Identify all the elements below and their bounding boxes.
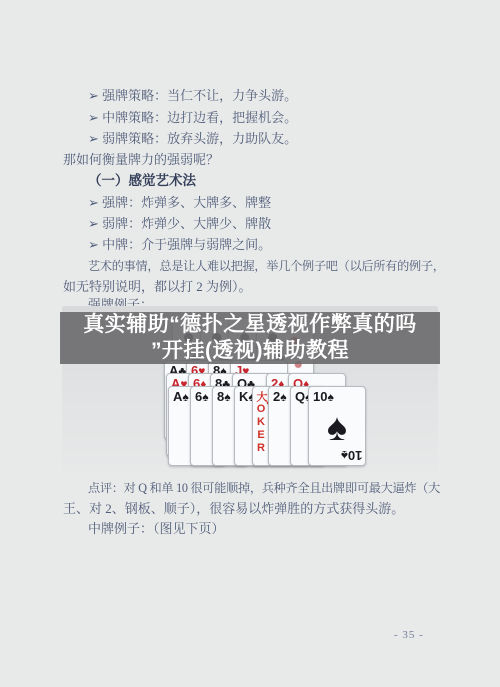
strategy-line-strong: ➢ 强牌策略：当仁不让，力争头游。 <box>88 88 297 104</box>
next-example-line: 中牌例子：（图见下页） <box>88 521 225 537</box>
spade-pip-icon: ♠ <box>309 407 365 450</box>
paragraph-line-2: 如无特别说明，都以打 2 为例）。 <box>63 279 252 295</box>
paragraph-line-1: 艺术的事情，总是让人难以把握，举几个例子吧（以后所有的例子， <box>88 258 445 274</box>
rotated-corner-label: 10♠ <box>341 448 362 463</box>
comment-line-2: 王、对 2、钢板、顺子），很容易以炸弹胜的方式获得头游。 <box>63 501 404 517</box>
question-line: 那如何衡量牌力的强弱呢？ <box>63 152 219 168</box>
medium-hand-line: ➢ 中牌：介于强牌与弱牌之间。 <box>88 237 271 253</box>
comment-line-1: 点评：对 Q 和单 10 很可能顺掉，兵种齐全且出牌即可最大逼炸（大 <box>88 480 440 496</box>
strong-hand-line: ➢ 强牌：炸弹多、大牌多、牌整 <box>88 195 271 211</box>
strategy-line-weak: ➢ 弱牌策略：放弃头游，力助队友。 <box>88 131 297 147</box>
page-number: - 35 - <box>394 629 424 641</box>
banner-line-2: ”开挂(透视)辅助教程 <box>60 338 440 364</box>
book-page: ➢ 强牌策略：当仁不让，力争头游。 ➢ 中牌策略：边打边看，把握机会。 ➢ 弱牌… <box>0 0 500 687</box>
weak-hand-line: ➢ 弱牌：炸弹少、大牌少、牌散 <box>88 216 271 232</box>
overlay-ad-banner: 真实辅助“德扑之星透视作弊真的吗 ”开挂(透视)辅助教程 <box>60 312 440 364</box>
ten-of-spades-card: 10♠ ♠ 10♠ <box>308 386 366 466</box>
strategy-line-medium: ➢ 中牌策略：边打边看，把握机会。 <box>88 110 297 126</box>
section-heading: （一）感觉艺术法 <box>88 173 196 189</box>
banner-line-1: 真实辅助“德扑之星透视作弊真的吗 <box>60 312 440 338</box>
